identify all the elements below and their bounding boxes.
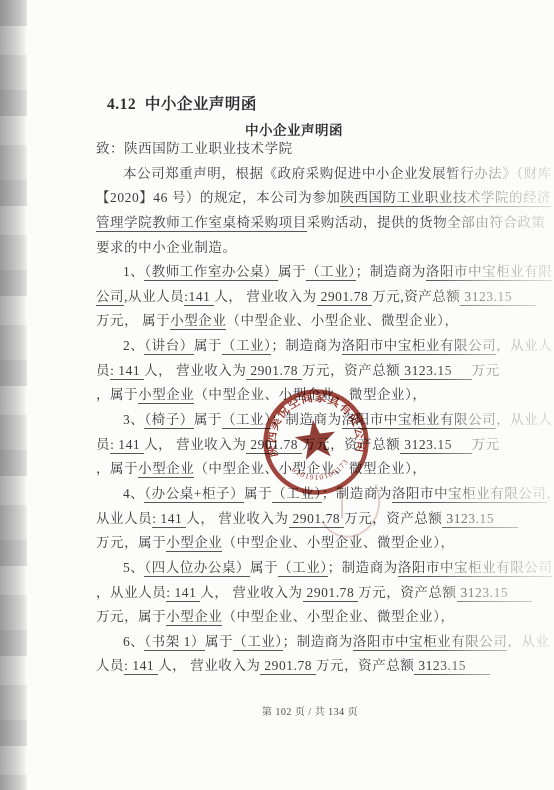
filled-blank: : 141 xyxy=(124,658,158,675)
text-segment: 人， 营业收入为 xyxy=(214,289,316,304)
document-line: ，从业人员: 141 人， 营业收入为 2901.78 万元，资产总额 3123… xyxy=(96,581,554,606)
filled-blank: 洛阳市中宝柜业有限公司 xyxy=(398,560,553,577)
text-segment: 属于 xyxy=(278,264,306,279)
faint-stamp-line xyxy=(341,486,343,518)
text-segment: ,从业人员 xyxy=(124,289,184,304)
filled-blank: 2901.78 xyxy=(303,585,359,602)
filled-blank: : 141 xyxy=(152,511,186,528)
filled-blank: 3123.15 xyxy=(414,658,489,675)
text-segment: 属于 xyxy=(194,338,222,353)
text-segment: 人， 营业收入为 xyxy=(158,658,260,673)
text-segment: 2、 xyxy=(123,338,144,353)
document-line: 人员: 141 人， 营业收入为 2901.78 万元，资产总额 3123.15 xyxy=(96,654,554,679)
text-segment: 属于 xyxy=(205,634,233,649)
text-segment: 人， 营业收入为 xyxy=(144,437,246,452)
text-segment: 人， 营业收入为 xyxy=(144,363,246,378)
scanned-page: 4.12 中小企业声明函 中小企业声明函 致：陕西国防工业职业技术学院本公司郑重… xyxy=(0,0,554,790)
text-segment: 1、 xyxy=(123,264,144,279)
document-line: 管理学院教师工作室桌椅采购项目采购活动，提供的货物全部由符合政策 xyxy=(96,211,554,236)
filled-blank: 小型企业 xyxy=(170,313,226,330)
filled-blank: （椅子） xyxy=(144,412,193,429)
document-line: 万元，属于小型企业（中型企业、小型企业、微型企业）， xyxy=(96,531,554,556)
filled-blank: （工业） xyxy=(278,560,327,577)
filled-blank: （讲台） xyxy=(144,338,193,355)
document-line: 2、（讲台）属于（工业）；制造商为洛阳市中宝柜业有限公司，从业人 xyxy=(96,334,554,359)
filled-blank: 3123.15 xyxy=(400,437,471,454)
filled-blank: 2901.78 xyxy=(260,658,316,675)
filled-blank: 洛阳市中宝柜业有限公司 xyxy=(342,338,497,355)
filled-blank: 小型企业 xyxy=(166,535,222,552)
filled-blank: 小型企业 xyxy=(138,387,194,404)
text-segment: 要求的中小企业制造。 xyxy=(96,240,237,255)
filled-blank: 2901.78 xyxy=(246,363,302,380)
filled-blank: :141 xyxy=(184,289,214,306)
filled-blank: （教师工作室办公桌） xyxy=(144,264,278,281)
text-segment: 致：陕西国防工业职业技术学院 xyxy=(96,141,293,156)
document-line: 公司,从业人员:141 人， 营业收入为 2901.78 万元,资产总额 312… xyxy=(96,285,554,310)
text-segment: 属于 xyxy=(250,560,278,575)
text-segment: 员 xyxy=(96,363,110,378)
filled-blank: 洛阳市中宝柜业有限 xyxy=(426,264,552,281)
text-segment: 万元 xyxy=(472,363,500,378)
document-line: 1、（教师工作室办公桌）属于（工业）；制造商为洛阳市中宝柜业有限 xyxy=(96,260,554,285)
text-segment: 6、 xyxy=(123,634,144,649)
document-line: 要求的中小企业制造。 xyxy=(96,236,554,261)
document-line: 【2020】46 号）的规定，本公司为参加陕西国防工业职业技术学院的经济 xyxy=(96,186,554,211)
filled-blank: : 141 xyxy=(110,437,144,454)
filled-blank: 3123.15 xyxy=(460,289,535,306)
filled-blank: （工业） xyxy=(233,634,282,651)
text-segment: 万元，资产总额 xyxy=(358,585,456,600)
page-footer: 第 102 页 / 共 134 页 xyxy=(60,703,554,718)
text-segment: 人， 营业收入为 xyxy=(200,585,302,600)
text-segment: 员 xyxy=(96,437,110,452)
filled-blank: 陕西国防工业职业技术学院的经济 xyxy=(340,190,551,207)
text-segment: （中型企业、小型企业、微型企业）， xyxy=(222,609,454,624)
filled-blank: 管理学院教师工作室桌椅采购项目 xyxy=(96,215,307,232)
filled-blank: : 141 xyxy=(166,585,200,602)
text-segment: ；制造商为 xyxy=(356,264,426,279)
document-line: 5、（四人位办公桌）属于（工业）；制造商为洛阳市中宝柜业有限公司 xyxy=(96,556,554,581)
document-line: 万元，属于小型企业（中型企业、小型企业、微型企业）， xyxy=(96,605,554,630)
text-segment: ，从业 xyxy=(507,634,549,649)
document-line: 本公司郑重声明，根据《政府采购促进中小企业发展暂行办法》（财库 xyxy=(96,162,554,187)
text-segment: 万元，属于 xyxy=(96,609,166,624)
text-segment: 万元，资产总额 xyxy=(302,363,400,378)
filled-blank: 2901.78 xyxy=(317,289,373,306)
filled-blank: （办公桌+柜子） xyxy=(144,486,244,503)
document-line: 致：陕西国防工业职业技术学院 xyxy=(96,137,554,162)
text-segment: 5、 xyxy=(123,560,144,575)
text-segment: 属于 xyxy=(194,412,222,427)
text-segment: ，属于 xyxy=(96,387,138,402)
text-segment: （中型企业、小型企业、微型企业）， xyxy=(222,535,454,550)
section-heading: 4.12 中小企业声明函 xyxy=(107,92,257,114)
text-segment: 人， 营业收入为 xyxy=(186,511,288,526)
document-line: 万元， 属于小型企业（中型企业、小型企业、微型企业）， xyxy=(96,309,554,334)
filled-blank: 3123.15 xyxy=(457,585,532,602)
text-segment: ， xyxy=(547,486,554,501)
text-segment: 万元 xyxy=(472,437,500,452)
text-segment: 【2020】46 号）的规定，本公司为参加 xyxy=(96,190,340,205)
star-icon xyxy=(293,417,339,461)
filled-blank: （工业） xyxy=(306,264,355,281)
text-segment: ；制造商为 xyxy=(271,338,341,353)
document-line: 6、（书架 1）属于（工业）；制造商为洛阳市中宝柜业有限公司，从业 xyxy=(96,630,554,655)
filled-blank: 小型企业 xyxy=(166,609,222,626)
text-segment: 本公司郑重声明，根据《政府采购促进中小企业发展暂行办法》（财库 xyxy=(123,166,552,181)
text-segment: 从业人员 xyxy=(96,511,152,526)
filled-blank: 公司 xyxy=(96,289,124,306)
text-segment: 人员 xyxy=(96,658,124,673)
filled-blank: （工业） xyxy=(222,338,271,355)
text-segment: ，属于 xyxy=(96,461,138,476)
filled-blank: : 141 xyxy=(110,363,144,380)
text-segment: 万元， 属于 xyxy=(96,313,170,328)
scan-binding-shadow xyxy=(0,0,27,790)
text-segment: ，从业人 xyxy=(496,338,552,353)
text-segment: ，从业人 xyxy=(496,412,552,427)
filled-blank: 洛阳市中宝柜业有限公司 xyxy=(392,486,547,503)
text-segment: 万元，资产总额 xyxy=(316,658,414,673)
text-segment: （中型企业、小型企业、微型企业）， xyxy=(226,313,458,328)
filled-blank: （四人位办公桌） xyxy=(144,560,250,577)
text-segment: ；制造商为 xyxy=(283,634,353,649)
document-title: 中小企业声明函 xyxy=(245,119,343,139)
text-segment: 采购活动，提供的货物全部由符合政策 xyxy=(307,215,546,230)
text-segment: 万元，属于 xyxy=(96,535,166,550)
filled-blank: 3123.15 xyxy=(400,363,471,380)
filled-blank: 小型企业 xyxy=(138,461,194,478)
text-segment: 万元,资产总额 xyxy=(372,289,460,304)
text-segment: ，从业人员 xyxy=(96,585,166,600)
text-segment: 3、 xyxy=(123,412,144,427)
text-segment: 4、 xyxy=(123,486,144,501)
text-segment: ；制造商为 xyxy=(328,560,398,575)
document-line: 员: 141 人， 营业收入为 2901.78 万元，资产总额 3123.15 … xyxy=(96,359,554,384)
filled-blank: （书架 1） xyxy=(144,634,205,651)
filled-blank: 3123.15 xyxy=(442,511,517,528)
filled-blank: 洛阳市中宝柜业有限公司 xyxy=(353,634,508,651)
